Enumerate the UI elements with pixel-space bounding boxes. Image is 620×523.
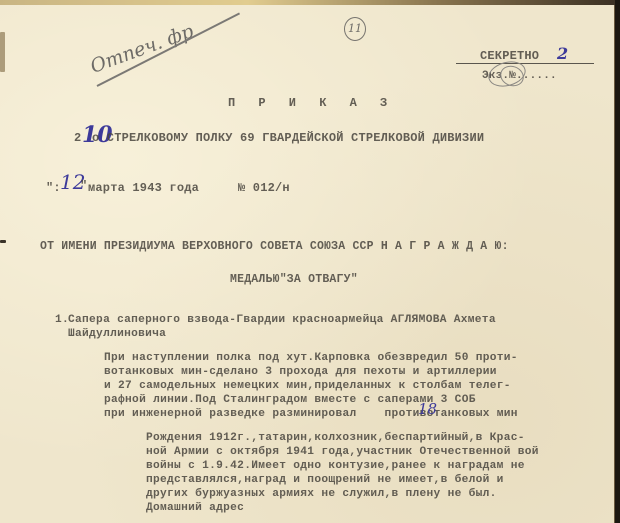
deed-line: При наступлении полка под хут.Карповка о… [104,352,518,366]
circled-page-number: 11 [344,17,366,41]
order-number: № 012/н [238,182,290,195]
edge-mark [0,240,6,243]
order-title: П Р И К А З [228,97,395,110]
deed-line: при инженерной разведке разминировал про… [104,408,518,422]
preamble-line-2: МЕДАЛЬЮ"ЗА ОТВАГУ" [230,273,358,286]
date-close-quote: " [80,180,87,193]
edge-mark [0,32,5,72]
bio-line: других буржуазных армиях не служил,в пле… [146,488,497,502]
mines-count-handwritten: 18 [418,400,437,418]
bio-line: войны с 1.9.42.Имеет одно контузие,ранее… [146,460,525,474]
bio-line: представлялся,наград и поощрений не имее… [146,474,504,488]
deed-line: и 27 самодельных немецких мин,приделанны… [104,380,511,394]
date-month-year: марта 1943 года [88,182,199,195]
date-open-quote: ": [46,182,61,195]
award-item-number: 1. [55,314,69,328]
copy-number-handwritten: 2 [557,44,568,63]
bio-line: Домашний адрес [146,502,244,516]
preamble-line-1: ОТ ИМЕНИ ПРЕЗИДИУМА ВЕРХОВНОГО СОВЕТА СО… [40,240,509,253]
recipient-name-line-2: Шайдуллиновича [68,328,166,342]
scan-right-edge [615,0,620,523]
classification-underline [456,63,594,64]
recipient-name-line-1: Сапера саперного взвода-Гвардии красноар… [68,314,496,328]
addressee-prefix: 2 [74,132,81,145]
bio-line: ной Армии с октября 1941 года,участник О… [146,446,539,460]
addressee-text: о СТРЕЛКОВОМУ ПОЛКУ 69 ГВАРДЕЙСКОЙ СТРЕЛ… [92,132,484,145]
bio-line: Рождения 1912г.,татарин,колхозник,беспар… [146,432,525,446]
scan-top-edge [0,0,620,5]
deed-line: вотанковых мин-сделано 3 прохода для пех… [104,366,497,380]
